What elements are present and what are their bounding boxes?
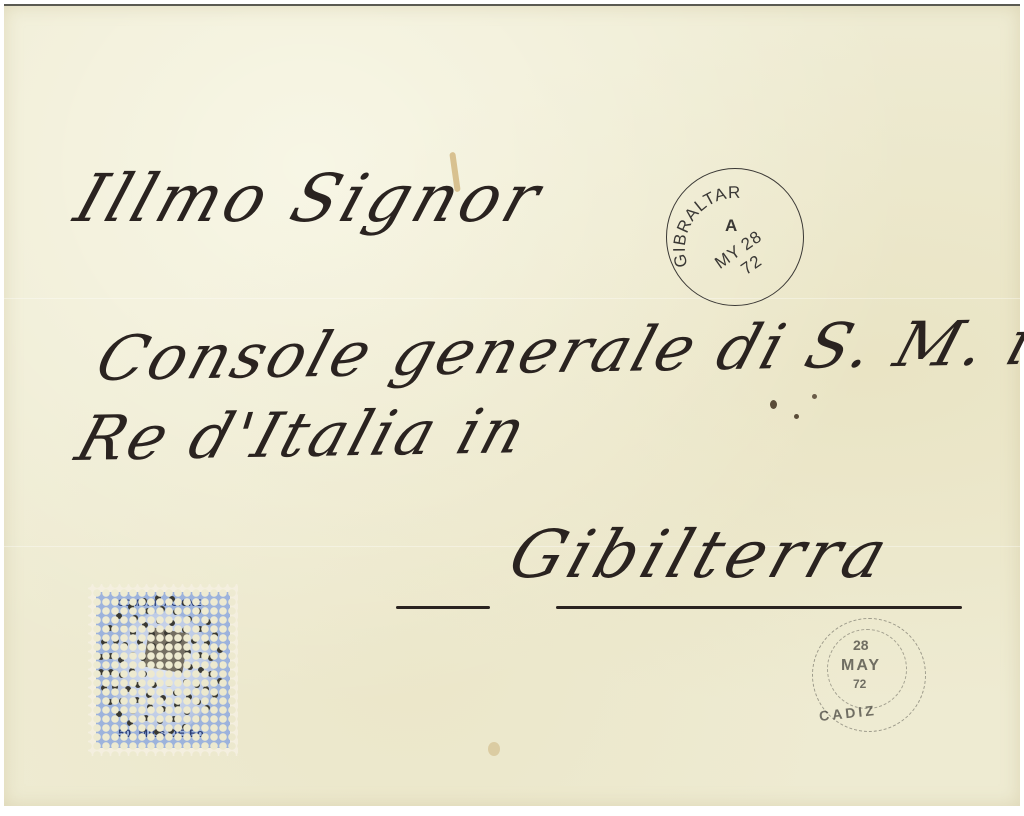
cancel-dot <box>198 667 204 673</box>
cancel-dot <box>98 654 104 660</box>
salutation: Illmo Signor <box>66 160 553 237</box>
city-underline <box>556 606 962 609</box>
cancel-dot <box>121 625 127 631</box>
cancel-dot <box>194 682 200 688</box>
stamp-value-text: 50. MILs DE Eo. <box>96 728 230 740</box>
stamp-frame: COMUNICACIONES 50. MILs DE Eo. <box>96 592 230 748</box>
cancel-dot <box>112 684 118 690</box>
cancel-dot <box>208 671 214 677</box>
cancel-dot <box>141 671 147 677</box>
cancel-dot <box>146 692 152 698</box>
cancel-dot <box>143 715 149 721</box>
cancel-dot <box>166 681 172 687</box>
cancel-dot <box>116 711 122 717</box>
cancel-dot <box>107 625 113 631</box>
cancel-dot <box>98 669 104 675</box>
cancel-dot <box>219 662 225 668</box>
cancel-dot <box>186 616 192 622</box>
cancel-dot <box>141 598 147 604</box>
cancel-dot <box>119 698 125 704</box>
cancel-dot <box>155 595 161 601</box>
cancel-dot <box>101 639 107 645</box>
cancel-dot <box>132 615 138 621</box>
cancel-dot <box>142 622 148 628</box>
cancel-dot <box>129 668 135 674</box>
cancel-dot <box>173 690 179 696</box>
cancel-dot <box>116 613 122 619</box>
cancel-dot <box>169 596 175 602</box>
postmark-year: 72 <box>853 677 866 691</box>
cancel-dot <box>186 694 192 700</box>
cancel-dot <box>127 720 133 726</box>
cancel-dot <box>212 692 218 698</box>
stain <box>488 742 500 756</box>
ink-spot <box>812 394 817 399</box>
cancel-dot <box>212 632 218 638</box>
ink-spot <box>794 414 799 419</box>
cancel-dot <box>176 637 182 643</box>
cancel-dot <box>135 682 141 688</box>
cancel-dot <box>130 652 136 658</box>
postmark-day: 28 <box>738 227 766 255</box>
cancel-dot <box>169 620 175 626</box>
cadiz-postmark: 28 MAY 72 CADIZ <box>812 618 926 732</box>
cancel-dot <box>204 640 210 646</box>
cancel-dot <box>140 655 146 661</box>
gibraltar-postmark: GIBRALTAR A MY 28 72 <box>666 168 804 306</box>
cancel-dot <box>160 695 166 701</box>
cancel-dot <box>205 619 211 625</box>
cancel-dot <box>130 708 136 714</box>
cancel-dot <box>108 669 114 675</box>
address-city: Gibilterra <box>500 516 901 593</box>
cancel-dot <box>182 627 188 633</box>
cancel-dot <box>208 655 214 661</box>
cancel-dot <box>185 649 191 655</box>
cancel-dot <box>197 652 203 658</box>
cancel-dot <box>151 682 157 688</box>
city-underline <box>396 606 490 609</box>
cancel-dot <box>128 604 134 610</box>
cancel-dot <box>191 638 197 644</box>
cancel-dot <box>204 705 210 711</box>
cancel-dot <box>156 618 162 624</box>
postage-stamp: COMUNICACIONES 50. MILs DE Eo. <box>88 584 238 756</box>
cancel-dot <box>157 718 163 724</box>
cancel-dot <box>171 716 177 722</box>
cancel-dot <box>182 724 188 730</box>
postmark-month: MAY <box>841 657 881 675</box>
fold-crease <box>4 298 1020 299</box>
postmark-code: A <box>725 216 738 235</box>
cancel-dot <box>194 716 200 722</box>
cancel-dot <box>107 699 113 705</box>
cancel-dot <box>217 647 223 653</box>
cancel-dot <box>113 638 119 644</box>
cancel-dot <box>197 626 203 632</box>
postmark-day: 28 <box>853 637 869 653</box>
cancel-dot <box>164 630 170 636</box>
cancel-dot <box>195 608 201 614</box>
address-line-2: Re d'Italia in <box>68 394 537 475</box>
cancel-dot <box>217 678 223 684</box>
ink-spot <box>770 400 777 409</box>
cancel-dot <box>101 685 107 691</box>
postmark-town: CADIZ <box>818 702 877 724</box>
